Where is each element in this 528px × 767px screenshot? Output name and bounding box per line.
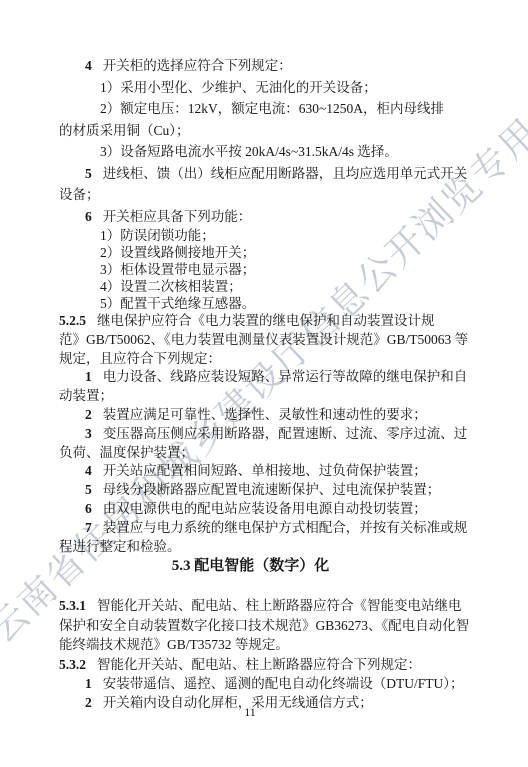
line-text: 动装置； [59,388,113,403]
doc-line: 5）配置干式绝缘互感器。 [59,295,478,312]
doc-line: 4开关站应配置相间短路、单相接地、过负荷保护装置； [59,462,478,481]
doc-line: 4）设置二次核相装置； [59,278,478,295]
line-text: 装置应满足可靠性、选择性、灵敏性和速动性的要求； [103,407,427,422]
line-text: 5）配置干式绝缘互感器。 [100,296,255,311]
line-text: 装置应与电力系统的继电保护方式相配合，并按有关标准或规 [103,520,468,535]
doc-line: 保护和安全自动装置数字化接口技术规范》GB36273、《配电自动化智 [59,616,478,635]
doc-line: 3变压器高压侧应采用断路器，配置速断、过流、零序过流、过 [59,425,478,444]
doc-line: 6开关柜应具备下列功能： [59,206,478,228]
doc-line: 2装置应满足可靠性、选择性、灵敏性和速动性的要求； [59,406,478,425]
line-text: 电力设备、线路应装设短路、异常运行等故障的继电保护和自 [103,369,468,384]
clause-number: 3 [85,426,92,441]
doc-line: 1电力设备、线路应装设短路、异常运行等故障的继电保护和自 [59,368,478,387]
doc-line: 规定，且应符合下列规定： [59,350,478,369]
line-text: 1）采用小型化、少维护、无油化的开关设备； [100,80,377,95]
line-text: 1）防误闭锁功能； [100,228,215,243]
clause-number: 4 [85,58,92,73]
line-text: 开关柜应具备下列功能： [103,209,252,224]
line-text: 保护和安全自动装置数字化接口技术规范》GB36273、《配电自动化智 [59,618,469,633]
doc-line: 7装置应与电力系统的继电保护方式相配合，并按有关标准或规 [59,519,478,538]
clause-number: 5.2.5 [59,313,86,328]
line-text: 开关站应配置相间短路、单相接地、过负荷保护装置； [103,463,427,478]
doc-line: 5进线柜、馈（出）线柜应配用断路器，且均应选用单元式开关 [59,163,478,185]
document-page: 云南省住房和城乡建设厅信息公开浏览专用 4开关柜的选择应符合下列规定： 1）采用… [0,0,528,767]
clause-number: 1 [85,676,92,691]
doc-line: 2）额定电压：12kV，额定电流：630~1250A，柜内母线排 [59,98,478,120]
line-text: 规定，且应符合下列规定： [59,351,221,366]
clause-number: 5.3.2 [59,657,86,672]
line-text: 能终端技术规范》GB/T35732 等规定。 [59,637,289,652]
doc-line: 设备； [59,184,478,206]
clause-number: 5.3.1 [59,598,86,613]
document-content: 4开关柜的选择应符合下列规定： 1）采用小型化、少维护、无油化的开关设备； 2）… [0,0,528,713]
doc-line: 6由双电源供电的配电站应装设备用电源自动投切装置； [59,500,478,519]
line-text: 负荷、温度保护装置； [59,445,194,460]
clause-number: 5 [85,482,92,497]
clause-number: 6 [85,209,92,224]
doc-line: 1）采用小型化、少维护、无油化的开关设备； [59,77,478,99]
page-number: 11 [0,705,500,720]
clause-number: 6 [85,501,92,516]
line-text: 2）设置线路侧接地开关； [100,245,255,260]
doc-line: 负荷、温度保护装置； [59,444,478,463]
line-text: 智能化开关站、配电站、柱上断路器应符合《智能变电站继电 [97,598,462,613]
clause-number: 2 [85,407,92,422]
line-text: 3）设备短路电流水平按 20kA/4s~31.5kA/4s 选择。 [100,144,398,159]
line-text: 3）柜体设置带电显示器； [100,262,255,277]
line-text: 2）额定电压：12kV，额定电流：630~1250A，柜内母线排 [100,101,444,116]
switchgear-functions-list: 1）防误闭锁功能； 2）设置线路侧接地开关； 3）柜体设置带电显示器； 4）设置… [59,227,478,312]
doc-line: 4开关柜的选择应符合下列规定： [59,55,478,77]
line-text: 程进行整定和检验。 [59,539,181,554]
doc-line: 5.2.5继电保护应符合《电力装置的继电保护和自动装置设计规 [59,312,478,331]
doc-line: 5母线分段断路器应配置电流速断保护、过电流保护装置； [59,481,478,500]
doc-line: 5.3.2智能化开关站、配电站、柱上断路器应符合下列规定： [59,655,478,674]
clause-number: 1 [85,369,92,384]
doc-line: 的材质采用铜（Cu）； [59,120,478,142]
clause-number: 7 [85,520,92,535]
line-text: 智能化开关站、配电站、柱上断路器应符合下列规定： [97,657,421,672]
clause-524-block: 4开关柜的选择应符合下列规定： 1）采用小型化、少维护、无油化的开关设备； 2）… [59,55,478,227]
line-text: 开关柜的选择应符合下列规定： [103,58,292,73]
doc-line: 3）设备短路电流水平按 20kA/4s~31.5kA/4s 选择。 [59,141,478,163]
doc-line: 程进行整定和检验。 [59,538,478,557]
line-text: 设备； [59,187,100,202]
doc-line: 范》GB/T50062、《电力装置电测量仪表装置设计规范》GB/T50063 等 [59,331,478,350]
line-text: 4）设置二次核相装置； [100,279,242,294]
line-text: 变压器高压侧应采用断路器，配置速断、过流、零序过流、过 [103,426,468,441]
doc-line: 能终端技术规范》GB/T35732 等规定。 [59,635,478,654]
section-heading: 5.3 配电智能（数字）化 [41,556,460,576]
line-text: 由双电源供电的配电站应装设备用电源自动投切装置； [103,501,427,516]
line-text: 继电保护应符合《电力装置的继电保护和自动装置设计规 [97,313,435,328]
line-text: 母线分段断路器应配置电流速断保护、过电流保护装置； [103,482,441,497]
doc-line: 1）防误闭锁功能； [59,227,478,244]
line-text: 范》GB/T50062、《电力装置电测量仪表装置设计规范》GB/T50063 等 [59,332,468,347]
doc-line: 1安装带遥信、遥控、遥测的配电自动化终端设（DTU/FTU）； [59,674,478,693]
clause-number: 5 [85,166,92,181]
clause-53-block: 5.3.1智能化开关站、配电站、柱上断路器应符合《智能变电站继电 保护和安全自动… [59,596,478,712]
line-text: 进线柜、馈（出）线柜应配用断路器，且均应选用单元式开关 [103,166,468,181]
doc-line: 2）设置线路侧接地开关； [59,244,478,261]
doc-line: 3）柜体设置带电显示器； [59,261,478,278]
doc-line: 5.3.1智能化开关站、配电站、柱上断路器应符合《智能变电站继电 [59,596,478,615]
doc-line: 动装置； [59,387,478,406]
clause-number: 4 [85,463,92,478]
line-text: 的材质采用铜（Cu）； [59,123,190,138]
line-text: 安装带遥信、遥控、遥测的配电自动化终端设（DTU/FTU）； [103,676,464,691]
clause-525-block: 5.2.5继电保护应符合《电力装置的继电保护和自动装置设计规 范》GB/T500… [59,312,478,556]
